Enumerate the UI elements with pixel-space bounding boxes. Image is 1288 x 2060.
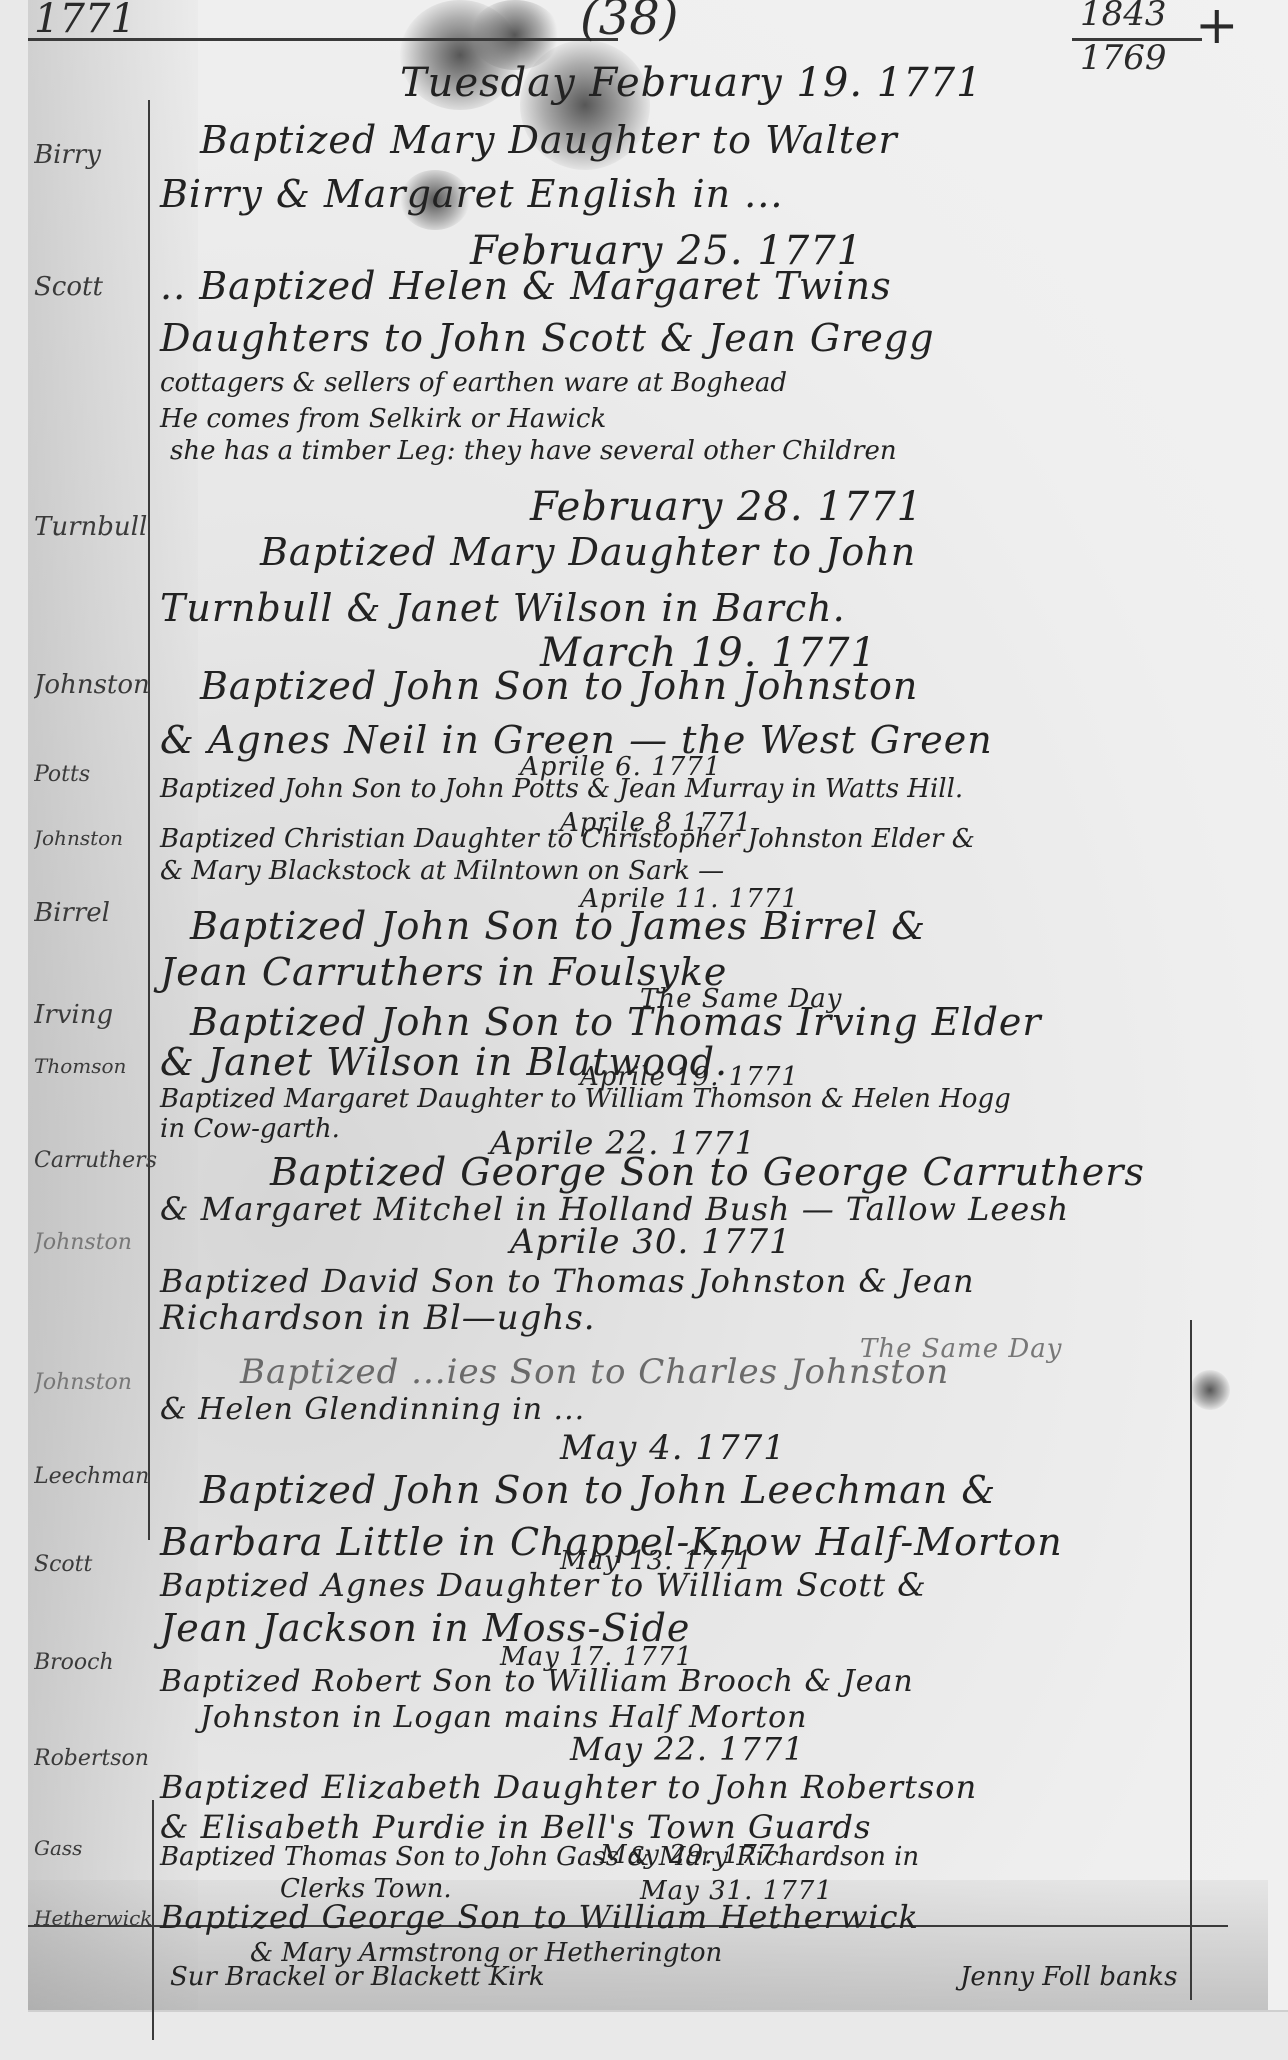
entry-line: in Cow-garth.: [160, 1114, 340, 1144]
entry-line: Baptized George Son to William Hetherwic…: [160, 1898, 919, 1936]
right-bracket-rule: [1190, 1320, 1192, 2000]
margin-rule: [148, 100, 150, 1540]
margin-surname: Potts: [34, 762, 174, 787]
entry-date: Aprile 30. 1771: [510, 1222, 792, 1262]
entry-line: Baptized Agnes Daughter to William Scott…: [160, 1566, 927, 1604]
entry-line: Baptized John Son to Thomas Irving Elder: [190, 1000, 1042, 1044]
entry-line: Baptized George Son to George Carruthers: [270, 1150, 1145, 1194]
margin-surname: Irving: [34, 1000, 174, 1030]
entry-line: Baptized Elizabeth Daughter to John Robe…: [160, 1768, 977, 1806]
margin-surname: Johnston: [34, 826, 174, 850]
reference-number-bottom: 1769: [1080, 38, 1167, 78]
margin-surname: Gass: [34, 1836, 174, 1860]
entry-line: Birry & Margaret English in ...: [160, 172, 783, 216]
entry-line: Baptized Thomas Son to John Gass & Mary …: [160, 1842, 919, 1872]
entry-line: Baptized Margaret Daughter to William Th…: [160, 1084, 1011, 1114]
entry-line: Jenny Foll banks: [960, 1962, 1177, 1992]
entry-line: Baptized John Son to John Johnston: [200, 664, 918, 708]
entry-line: she has a timber Leg: they have several …: [170, 436, 897, 466]
entry-line: Baptized Mary Daughter to John: [260, 530, 916, 574]
margin-surname: Robertson: [34, 1746, 174, 1771]
entry-line: He comes from Selkirk or Hawick: [160, 404, 606, 434]
margin-surname: Turnbull: [34, 512, 174, 542]
entry-line: Baptized ...ies Son to Charles Johnston: [240, 1352, 949, 1392]
entry-line: cottagers & sellers of earthen ware at B…: [160, 368, 787, 398]
entry-line: Baptized John Son to James Birrel &: [190, 904, 926, 948]
margin-surname: Scott: [34, 272, 174, 302]
reference-number-top: 1843: [1080, 0, 1167, 34]
entry-line: Baptized Robert Son to William Brooch & …: [160, 1664, 914, 1699]
entry-line: Baptized David Son to Thomas Johnston & …: [160, 1262, 975, 1300]
margin-surname: Carruthers: [34, 1148, 174, 1173]
page-number: (38): [580, 0, 679, 46]
entry-line: & Helen Glendinning in ...: [160, 1392, 585, 1427]
entry-date: May 4. 1771: [560, 1428, 786, 1468]
entry-line: .. Baptized Helen & Margaret Twins: [160, 264, 892, 308]
margin-surname: Leechman: [34, 1464, 174, 1489]
margin-surname: Scott: [34, 1552, 174, 1577]
entry-line: Baptized Mary Daughter to Walter: [200, 118, 898, 162]
margin-surname: Birry: [34, 140, 174, 170]
entry-line: Sur Brackel or Blackett Kirk: [170, 1962, 545, 1992]
margin-surname: Thomson: [34, 1054, 174, 1078]
margin-surname: Hetherwick: [34, 1906, 174, 1930]
entry-date: February 28. 1771: [530, 484, 923, 530]
entry-line: Baptized John Son to John Leechman &: [200, 1468, 996, 1512]
entry-line: Turnbull & Janet Wilson in Barch.: [160, 586, 846, 630]
ink-blot: [1190, 1370, 1230, 1410]
entry-line: Daughters to John Scott & Jean Gregg: [160, 316, 935, 360]
entry-line: & Mary Blackstock at Milntown on Sark —: [160, 856, 724, 886]
entry-date: Tuesday February 19. 1771: [400, 60, 983, 106]
entry-line: Baptized John Son to John Potts & Jean M…: [160, 774, 963, 804]
entry-line: Baptized Christian Daughter to Christoph…: [160, 824, 975, 854]
margin-surname: Johnston: [34, 670, 174, 700]
corner-year: 1771: [34, 0, 136, 42]
margin-surname: Johnston: [34, 1370, 174, 1395]
entry-line: Richardson in Bl—ughs.: [160, 1298, 596, 1338]
margin-surname: Brooch: [34, 1650, 174, 1675]
entry-date: May 22. 1771: [570, 1730, 805, 1768]
margin-surname: Johnston: [34, 1230, 174, 1255]
corner-mark: +: [1195, 0, 1239, 56]
margin-surname: Birrel: [34, 898, 174, 928]
